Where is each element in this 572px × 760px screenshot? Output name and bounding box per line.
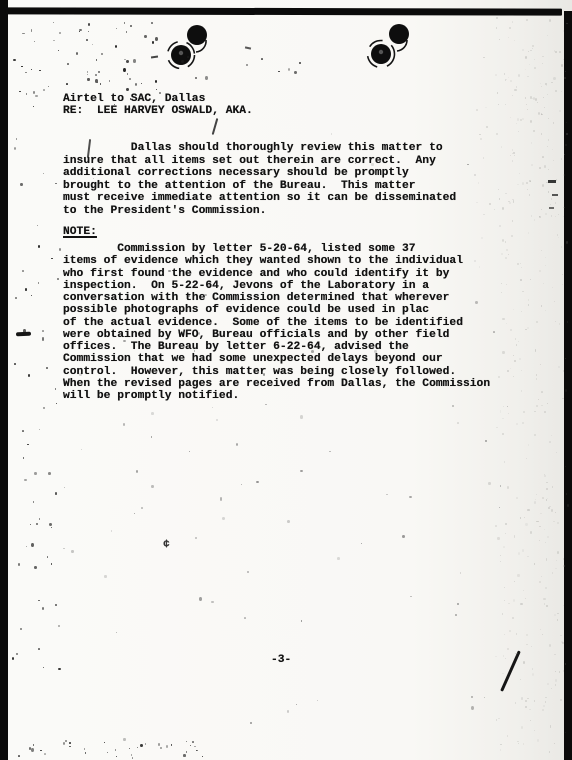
stray-ink-mark: ¢ xyxy=(163,539,170,551)
page-number: -3- xyxy=(271,654,291,666)
scan-border-left xyxy=(0,0,8,760)
note-paragraph: Commission by letter 5-20-64, listed som… xyxy=(63,243,490,402)
paragraph-1: Dallas should thoroughly review this mat… xyxy=(63,142,456,217)
document-header: Airtel to SAC, Dallas RE: LEE HARVEY OSW… xyxy=(63,93,253,118)
hole-pair-right xyxy=(368,24,410,68)
ink-dash-1 xyxy=(151,56,158,59)
note-heading: NOTE: xyxy=(63,226,97,238)
margin-dash-mark xyxy=(16,332,31,337)
scan-border-top xyxy=(6,7,562,15)
ink-dash-3 xyxy=(548,180,556,183)
pen-stroke-1 xyxy=(212,118,219,135)
ink-dash-5 xyxy=(549,207,554,209)
pen-slash-mark xyxy=(500,650,520,691)
ink-dash-4 xyxy=(552,194,558,196)
scanned-document-page: Airtel to SAC, Dallas RE: LEE HARVEY OSW… xyxy=(0,0,572,760)
hole-pair-left xyxy=(168,25,208,69)
scan-border-right xyxy=(564,11,572,760)
ink-dash-2 xyxy=(245,46,251,49)
